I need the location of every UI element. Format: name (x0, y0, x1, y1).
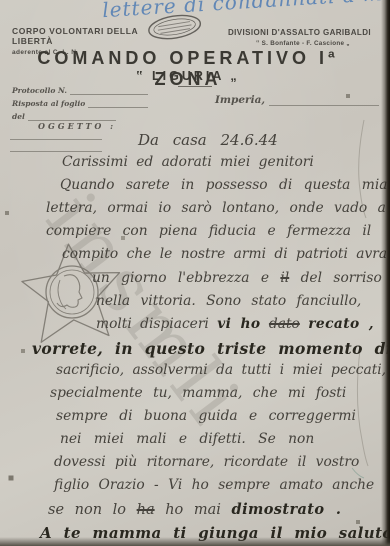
field-risposta-label: Risposta al foglio (12, 99, 85, 108)
command-subtitle: ‟ LIGURIA „ (0, 69, 376, 83)
field-city-blank (269, 98, 379, 106)
org-name-right: DIVISIONI D'ASSALTO GARIBALDI (228, 28, 378, 37)
field-del-label: del (12, 112, 25, 121)
field-protocollo: Protocollo N. (12, 86, 148, 95)
letter-line: molti dispiaceri vi ho dato recato , (96, 316, 378, 339)
letterhead-right: DIVISIONI D'ASSALTO GARIBALDI ‟ S. Bonfa… (228, 28, 378, 47)
letter-line: un giorno l'ebbrezza e il del sorriso (92, 270, 378, 293)
letter-line: lettera, ormai io sarò lontano, onde vad… (46, 200, 378, 223)
letter-line: nei miei mali e difetti. Se non (60, 431, 378, 454)
letter-line: specialmente tu, mamma, che mi fosti (50, 385, 378, 408)
field-risposta-blank (88, 100, 148, 108)
field-oggetto-label: OGGETTO : (38, 121, 116, 131)
paper-specks (0, 0, 2, 2)
archive-stamp-icon (145, 8, 206, 51)
letter-line: compiere con piena fiducia e fermezza il (46, 223, 378, 246)
letter-line: vorrete, in questo triste momento di (32, 339, 378, 362)
field-del-blank (28, 113, 116, 121)
field-city: Imperia, (215, 94, 379, 106)
letter-line: nella vittoria. Sono stato fanciullo, (96, 293, 378, 316)
field-protocollo-label: Protocollo N. (12, 86, 67, 95)
photo-edge-bottom (0, 537, 390, 546)
letter-line: sacrificio, assolvermi da tutti i miei p… (56, 362, 378, 385)
letter-line: figlio Orazio - Vi ho sempre amato anche (54, 477, 378, 500)
letter-line: compito che le nostre armi di patrioti a… (62, 246, 378, 269)
field-risposta: Risposta al foglio (12, 99, 148, 108)
subtitle-underline (178, 86, 212, 87)
field-del: del (12, 112, 116, 121)
letter-line: dovessi più ritornare, ricordate il vost… (54, 454, 378, 477)
letter-line: se non lo ha ho mai dimostrato . (48, 501, 378, 524)
letter-line: Da casa 24.6.44 (138, 131, 378, 154)
letter-line: Carissimi ed adorati miei genitori (62, 154, 378, 177)
scanned-letter-photo: lettere di condannati a morte CORPO VOLO… (0, 0, 390, 546)
letter-body: Da casa 24.6.44Carissimi ed adorati miei… (0, 131, 378, 546)
letter-line: sempre di buona guida e correggermi (56, 408, 378, 431)
letter-line: Quando sarete in possesso di questa mia (60, 177, 378, 200)
org-subtitle-right: ‟ S. Bonfante - F. Cascione „ (228, 40, 378, 47)
photo-edge-right (381, 0, 390, 546)
field-city-label: Imperia, (215, 94, 265, 106)
field-protocollo-blank (70, 87, 148, 95)
